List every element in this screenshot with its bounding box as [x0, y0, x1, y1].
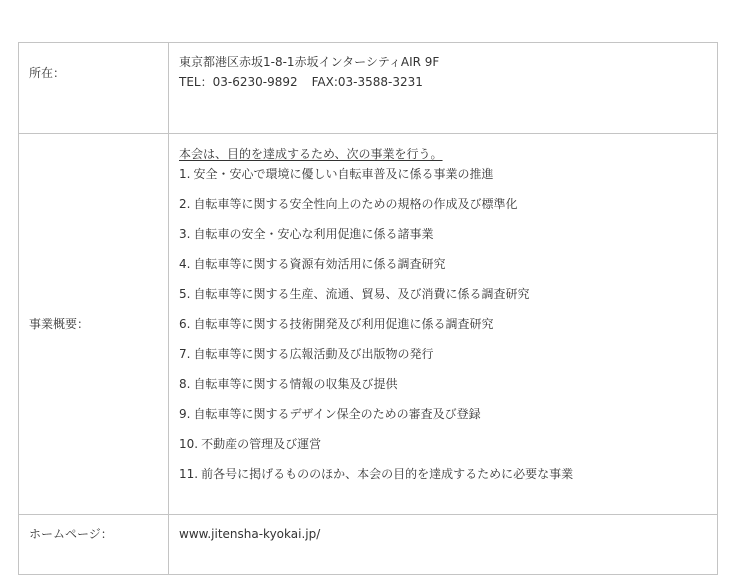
item-text: 自転車等に関する広報活動及び出版物の発行 [193, 347, 433, 361]
fax-number: FAX:03-3588-3231 [312, 75, 423, 89]
list-item: 8.自転車等に関する情報の収集及び提供 [179, 374, 717, 404]
list-item: 6.自転車等に関する技術開発及び利用促進に係る調査研究 [179, 314, 717, 344]
list-item: 10.不動産の管理及び運営 [179, 434, 717, 464]
address-line: 東京都港区赤坂1-8-1赤坂インターシティAIR 9F [179, 52, 717, 72]
item-text: 自転車等に関する安全性向上のための規格の作成及び標準化 [193, 197, 517, 211]
homepage-link[interactable]: www.jitensha-kyokai.jp/ [179, 527, 320, 541]
item-number: 1. [179, 167, 190, 181]
list-item: 4.自転車等に関する資源有効活用に係る調査研究 [179, 254, 717, 284]
homepage-label: ホームページ： [19, 515, 169, 575]
item-number: 5. [179, 287, 190, 301]
item-number: 9. [179, 407, 190, 421]
item-text: 安全・安心で環境に優しい自転車普及に係る事業の推進 [193, 167, 493, 181]
homepage-row: ホームページ： www.jitensha-kyokai.jp/ [19, 515, 718, 575]
item-number: 2. [179, 197, 190, 211]
list-item: 5.自転車等に関する生産、流通、貿易、及び消費に係る調査研究 [179, 284, 717, 314]
business-value: 本会は、目的を達成するため、次の事業を行う。 1.安全・安心で環境に優しい自転車… [169, 134, 718, 515]
item-number: 3. [179, 227, 190, 241]
item-number: 8. [179, 377, 190, 391]
list-item: 7.自転車等に関する広報活動及び出版物の発行 [179, 344, 717, 374]
item-text: 自転車等に関する資源有効活用に係る調査研究 [193, 257, 445, 271]
homepage-value: www.jitensha-kyokai.jp/ [169, 515, 718, 575]
item-text: 自転車の安全・安心な利用促進に係る諸事業 [193, 227, 433, 241]
list-item: 1.安全・安心で環境に優しい自転車普及に係る事業の推進 [179, 164, 717, 194]
item-text: 自転車等に関する情報の収集及び提供 [193, 377, 397, 391]
address-row: 所在： 東京都港区赤坂1-8-1赤坂インターシティAIR 9F TEL：03-6… [19, 43, 718, 134]
item-number: 7. [179, 347, 190, 361]
item-number: 10. [179, 437, 198, 451]
list-item: 2.自転車等に関する安全性向上のための規格の作成及び標準化 [179, 194, 717, 224]
item-text: 自転車等に関するデザイン保全のための審査及び登録 [193, 407, 480, 421]
tel-number: TEL：03-6230-9892 [179, 75, 298, 89]
contact-line: TEL：03-6230-9892FAX:03-3588-3231 [179, 72, 717, 92]
item-text: 前各号に掲げるもののほか、本会の目的を達成するために必要な事業 [201, 467, 573, 481]
organization-info-table: 所在： 東京都港区赤坂1-8-1赤坂インターシティAIR 9F TEL：03-6… [18, 42, 718, 575]
item-text: 不動産の管理及び運営 [201, 437, 321, 451]
address-label: 所在： [19, 43, 169, 134]
business-list: 1.安全・安心で環境に優しい自転車普及に係る事業の推進 2.自転車等に関する安全… [179, 164, 717, 494]
list-item: 3.自転車の安全・安心な利用促進に係る諸事業 [179, 224, 717, 254]
list-item: 11.前各号に掲げるもののほか、本会の目的を達成するために必要な事業 [179, 464, 717, 494]
item-text: 自転車等に関する生産、流通、貿易、及び消費に係る調査研究 [193, 287, 529, 301]
item-number: 4. [179, 257, 190, 271]
business-intro: 本会は、目的を達成するため、次の事業を行う。 [179, 144, 449, 164]
address-value: 東京都港区赤坂1-8-1赤坂インターシティAIR 9F TEL：03-6230-… [169, 43, 718, 134]
list-item: 9.自転車等に関するデザイン保全のための審査及び登録 [179, 404, 717, 434]
item-text: 自転車等に関する技術開発及び利用促進に係る調査研究 [193, 317, 493, 331]
item-number: 6. [179, 317, 190, 331]
business-row: 事業概要： 本会は、目的を達成するため、次の事業を行う。 1.安全・安心で環境に… [19, 134, 718, 515]
business-label: 事業概要： [19, 134, 169, 515]
item-number: 11. [179, 467, 198, 481]
